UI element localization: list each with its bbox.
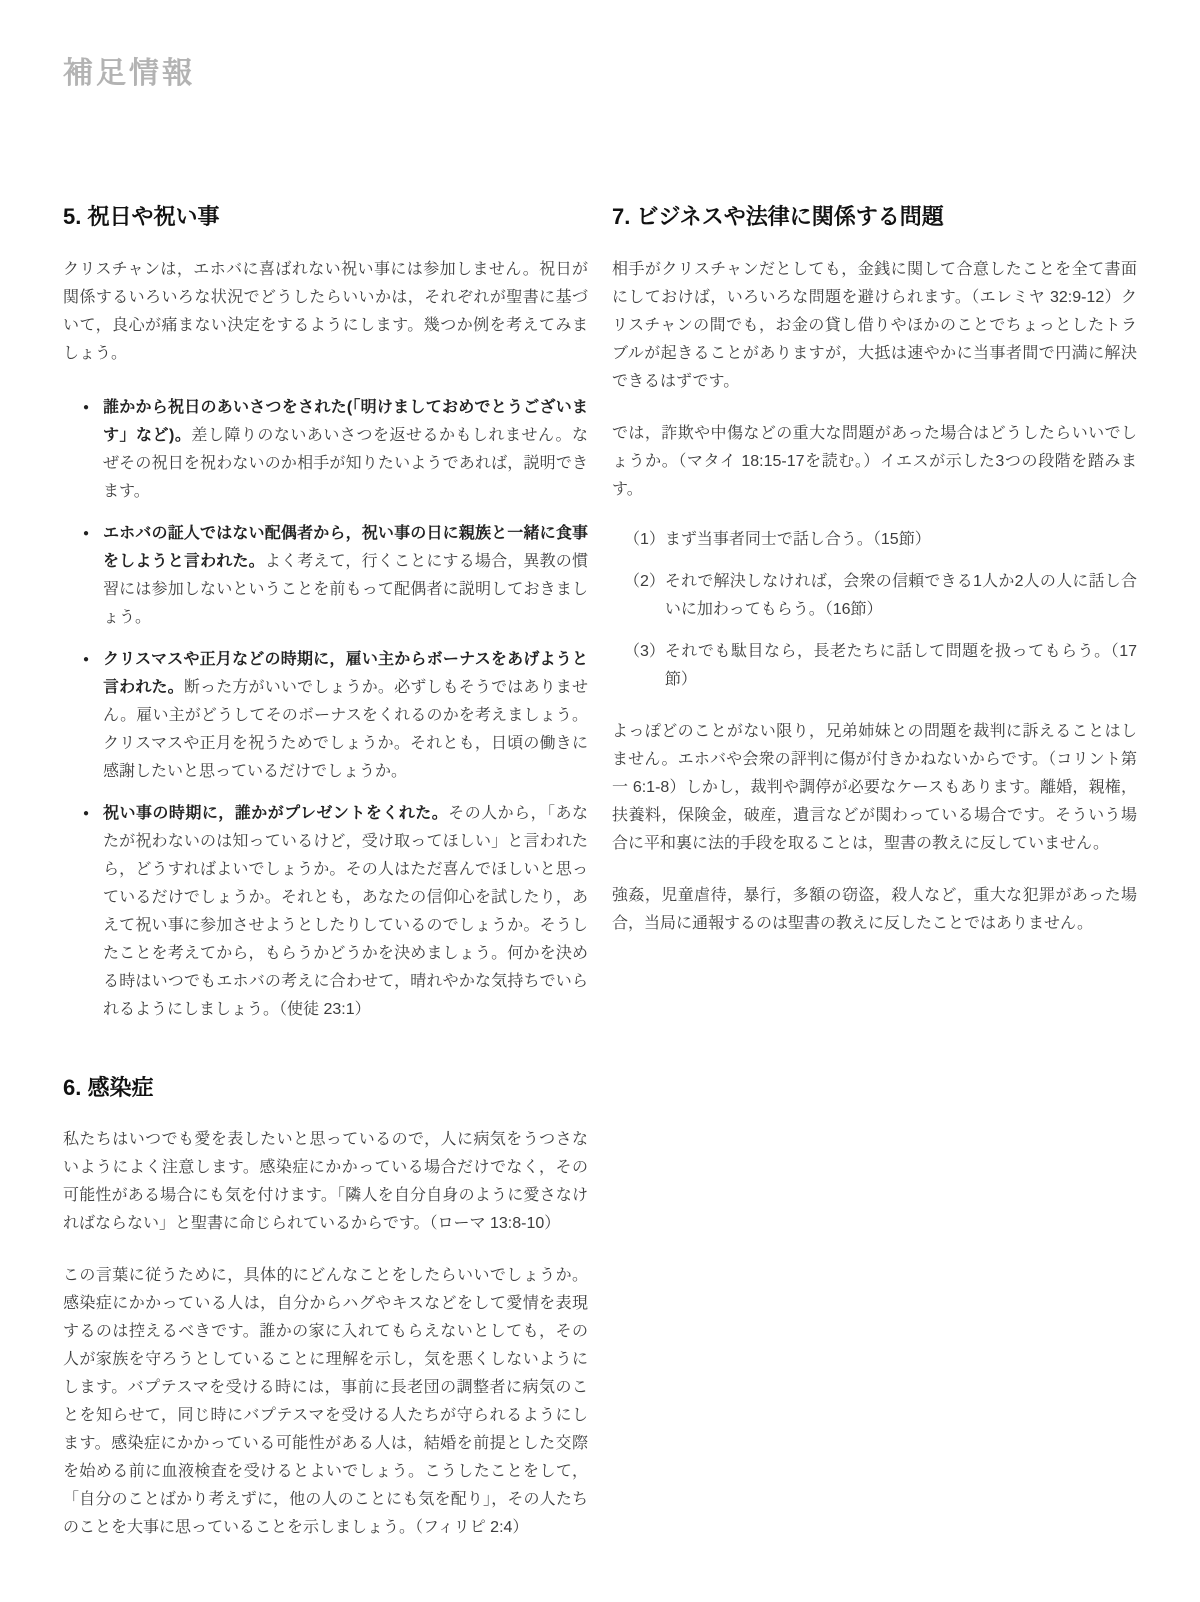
document-page: 補足情報 5. 祝日や祝い事 クリスチャンは，エホバに喜ばれない祝い事には参加し…	[0, 0, 1200, 1602]
left-column: 5. 祝日や祝い事 クリスチャンは，エホバに喜ばれない祝い事には参加しません。祝…	[63, 203, 588, 1542]
section-infectious-disease: 6. 感染症 私たちはいつでも愛を表したいと思っているので，人に病気をうつさない…	[63, 1074, 588, 1543]
document-header-title: 補足情報	[63, 57, 1138, 90]
section-5-intro-paragraph: クリスチャンは，エホバに喜ばれない祝い事には参加しません。祝日が関係するいろいろ…	[63, 256, 588, 368]
right-column: 7. ビジネスや法律に関係する問題 相手がクリスチャンだとしても，金銭に関して合…	[612, 203, 1137, 1542]
bullet-body-text: その人から，「あなたが祝わないのは知っているけど，受け取ってほしい」と言われたら…	[103, 805, 588, 1018]
step-text: それでも駄目なら，長老たちに話して問題を扱ってもらう。（17節）	[665, 638, 1137, 694]
step-number-label: （3）	[624, 638, 665, 694]
two-column-layout: 5. 祝日や祝い事 クリスチャンは，エホバに喜ばれない祝い事には参加しません。祝…	[63, 203, 1138, 1542]
step-number-label: （2）	[624, 568, 665, 624]
section-business-legal: 7. ビジネスや法律に関係する問題 相手がクリスチャンだとしても，金銭に関して合…	[612, 203, 1137, 938]
step-text: まず当事者同士で話し合う。（15節）	[665, 526, 1137, 554]
section-6-paragraph-1: 私たちはいつでも愛を表したいと思っているので，人に病気をうつさないようによく注意…	[63, 1126, 588, 1238]
section-7-title: 7. ビジネスや法律に関係する問題	[612, 203, 1137, 232]
section-5-title: 5. 祝日や祝い事	[63, 203, 588, 232]
bullet-dot-icon: ●	[83, 646, 89, 674]
section-5-bullet-list: ● 誰かから祝日のあいさつをされた(「明けましておめでとうございます」など)。差…	[63, 394, 588, 1024]
section-holidays: 5. 祝日や祝い事 クリスチャンは，エホバに喜ばれない祝い事には参加しません。祝…	[63, 203, 588, 1024]
bullet-dot-icon: ●	[83, 800, 89, 828]
step-talk-between-parties: （1） まず当事者同士で話し合う。（15節）	[612, 526, 1137, 554]
bullet-lead-text: 祝い事の時期に，誰かがプレゼントをくれた。	[103, 805, 448, 822]
section-7-steps-list: （1） まず当事者同士で話し合う。（15節） （2） それで解決しなければ，会衆…	[612, 526, 1137, 694]
bullet-spouse-meal-scenario: ● エホバの証人ではない配偶者から，祝い事の日に親族と一緒に食事をしようと言われ…	[63, 520, 588, 632]
bullet-greeting-scenario: ● 誰かから祝日のあいさつをされた(「明けましておめでとうございます」など)。差…	[63, 394, 588, 506]
section-7-paragraph-3: よっぽどのことがない限り，兄弟姉妹との問題を裁判に訴えることはしません。エホバや…	[612, 718, 1137, 858]
section-7-paragraph-4: 強姦，児童虐待，暴行，多額の窃盗，殺人など，重大な犯罪があった場合，当局に通報す…	[612, 882, 1137, 938]
section-7-paragraph-1: 相手がクリスチャンだとしても，金銭に関して合意したことを全て書面にしておけば，い…	[612, 256, 1137, 396]
step-tell-elders: （3） それでも駄目なら，長老たちに話して問題を扱ってもらう。（17節）	[612, 638, 1137, 694]
section-7-paragraph-2: では，詐欺や中傷などの重大な問題があった場合はどうしたらいいでしょうか。（マタイ…	[612, 420, 1137, 504]
step-involve-one-or-two: （2） それで解決しなければ，会衆の信頼できる1人か2人の人に話し合いに加わって…	[612, 568, 1137, 624]
step-text: それで解決しなければ，会衆の信頼できる1人か2人の人に話し合いに加わってもらう。…	[665, 568, 1137, 624]
bullet-bonus-scenario: ● クリスマスや正月などの時期に，雇い主からボーナスをあげようと言われた。断った…	[63, 646, 588, 786]
step-number-label: （1）	[624, 526, 665, 554]
section-6-paragraph-2: この言葉に従うために，具体的にどんなことをしたらいいでしょうか。感染症にかかって…	[63, 1262, 588, 1542]
bullet-gift-scenario: ● 祝い事の時期に，誰かがプレゼントをくれた。その人から，「あなたが祝わないのは…	[63, 800, 588, 1024]
bullet-dot-icon: ●	[83, 520, 89, 548]
bullet-dot-icon: ●	[83, 394, 89, 422]
section-6-title: 6. 感染症	[63, 1074, 588, 1103]
